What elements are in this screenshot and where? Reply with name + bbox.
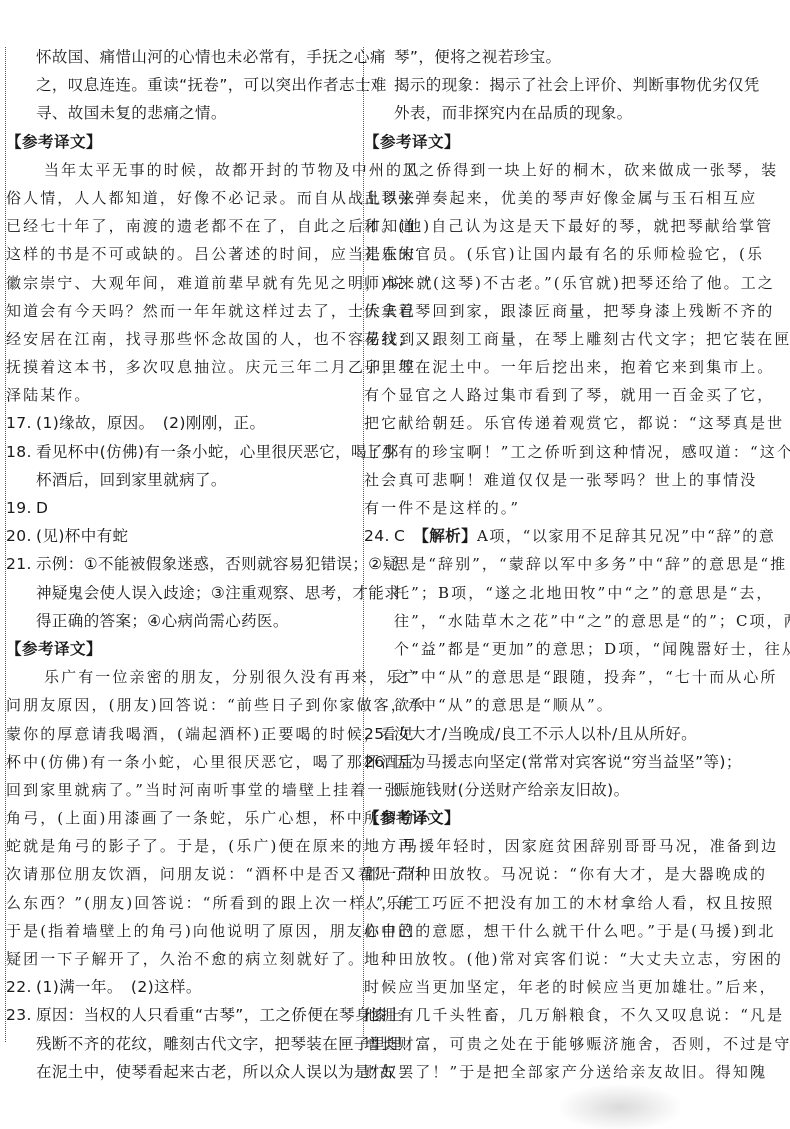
answer-continuation-line: 怀故国、痛惜山河的心情也未必常有，手抚之心痛 xyxy=(14,43,362,71)
translation-line: 地种田放牧。(他)常对宾客们说：“大丈夫立志，穷困的 xyxy=(364,945,722,973)
translation-line: 疑团一下子解开了，久治不愈的病立刻就好了。 xyxy=(6,945,362,973)
answer-explanation-line: 往”，“水陆草木之花”中“之”的意思是“的”；C项，两 xyxy=(372,607,722,635)
answer-item: 26.因为马援志向坚定(常常对宾客说“穷当益坚”等)； xyxy=(364,748,722,776)
translation-line: 知道会有今天吗？然而一年年就这样过去了，士大夫已 xyxy=(6,297,362,325)
translation-line: 有一件不是这样的。” xyxy=(364,494,722,522)
right-column: 琴”，便将之视若珍宝。揭示的现象：揭示了社会上评价、判断事物优劣仅凭外表，而非探… xyxy=(372,43,722,1086)
translation-line: 泽陆某作。 xyxy=(6,381,362,409)
answer-continuation-line: 寻、故国未复的悲痛之情。 xyxy=(14,99,362,127)
question-number: 21. xyxy=(6,550,36,578)
translation-line: 角弓，(上面)用漆画了一条蛇，乐广心想，杯中所谓的小 xyxy=(6,804,362,832)
section-header-reference-translation: 【参考译文】 xyxy=(364,804,722,832)
answer-continuation-line: 神疑鬼会使人误入歧途；③注重观察、思考，才能求 xyxy=(14,579,362,607)
answer-item: 18.看见杯中(仿佛)有一条小蛇，心里很厌恶它，喝了那 xyxy=(6,438,362,466)
translation-line: 问朋友原因，(朋友)回答说：“前些日子到你家做客，承 xyxy=(6,691,362,719)
translation-line: 杯中(仿佛)有一条小蛇，心里很厌恶它，喝了那杯酒后， xyxy=(6,748,362,776)
answer-explanation-line: 欲”中“从”的意思是“顺从”。 xyxy=(372,691,722,719)
translation-line: 次请那位朋友饮酒，问朋友说：“酒杯中是否又看见了什 xyxy=(6,860,362,888)
answer-key-page: 怀故国、痛惜山河的心情也未必常有，手抚之心痛之，叹息连连。重读“抚卷”，可以突出… xyxy=(0,0,790,1129)
answer-item: 19.D xyxy=(6,494,362,522)
answer-item: 21.示例：①不能被假象迷惑，否则就容易犯错误；②疑 xyxy=(6,550,362,578)
answer-text: 汝大才/当晚成/良工不示人以朴/且从所好。 xyxy=(394,725,697,743)
question-number: 17. xyxy=(6,409,36,437)
question-number: 24. xyxy=(364,522,394,550)
translation-line: 俗人情，人人都知道，好像不必记录。而自从战乱以来 xyxy=(6,184,362,212)
answer-continuation-line: 外表，而非探究内在品质的现象。 xyxy=(372,99,722,127)
left-column: 怀故国、痛惜山河的心情也未必常有，手抚之心痛之，叹息连连。重读“抚卷”，可以突出… xyxy=(14,43,362,1086)
answer-item: 25.汝大才/当晚成/良工不示人以朴/且从所好。 xyxy=(364,720,722,748)
translation-paragraph-line: 马援年轻时，因家庭贫困辞别哥哥马况，准备到边 xyxy=(372,832,722,860)
answer-choice: C xyxy=(394,527,421,545)
answer-item: 17.(1)缘故，原因。 (2)刚刚，正。 xyxy=(6,409,362,437)
translation-line: 子里埋在泥土中。一年后挖出来，抱着它来到集市上。 xyxy=(364,353,722,381)
answer-continuation-line: 之，叹息连连。重读“抚卷”，可以突出作者志士难 xyxy=(14,71,362,99)
section-header-reference-translation: 【参考译文】 xyxy=(364,128,722,156)
answer-continuation-line: 赈施钱财(分送财产给亲友旧故)。 xyxy=(372,776,722,804)
translation-paragraph-line: 工之侨得到一块上好的桐木，砍来做成一张琴，装 xyxy=(372,156,722,184)
translation-line: 增长财富，可贵之处在于能够赈济施舍，否则，不过是守 xyxy=(364,1030,722,1058)
question-number: 22. xyxy=(6,973,36,1001)
translation-line: 社会真可悲啊！难道仅仅是一张琴吗？世上的事情没 xyxy=(364,466,722,494)
answer-continuation-line: 在泥土中，使琴看起来古老，所以众人误以为是“古 xyxy=(14,1058,362,1086)
answer-text: 原因：当权的人只看重“古琴”，工之侨便在琴身漆上 xyxy=(36,1006,403,1024)
answer-explanation-line: 之”中“从”的意思是“跟随，投奔”，“七十而从心所 xyxy=(372,663,722,691)
question-number: 25. xyxy=(364,720,394,748)
translation-line: 侨拿着琴回到家，跟漆匠商量，把琴身漆上残断不齐的 xyxy=(364,297,722,325)
answer-explanation-line: 思是“辞别”，“蒙辞以军中多务”中“辞”的意思是“推 xyxy=(372,550,722,578)
answer-continuation-line: 琴”，便将之视若珍宝。 xyxy=(372,43,722,71)
answer-item: 22.(1)满一年。 (2)这样。 xyxy=(6,973,362,1001)
answer-continuation-line: 杯酒后，回到家里就病了。 xyxy=(14,466,362,494)
translation-line: 蒙你的厚意请我喝酒，(端起酒杯)正要喝的时候，看见 xyxy=(6,720,362,748)
section-header-reference-translation: 【参考译文】 xyxy=(6,128,362,156)
question-number: 19. xyxy=(6,494,36,522)
question-number: 20. xyxy=(6,522,36,550)
answer-explanation-line: 个“益”都是“更加”的意思；D项，“闻隗嚣好士，往从 xyxy=(372,635,722,663)
answer-continuation-line: 得正确的答案；④心病尚需心药医。 xyxy=(14,607,362,635)
answer-text: (1)缘故，原因。 (2)刚刚，正。 xyxy=(36,414,265,432)
translation-line: 抚摸着这本书，多次叹息抽泣。庆元三年二月乙卯，笠 xyxy=(6,353,362,381)
translation-line: 师)说：“(这琴)不古老。”(乐官就)把琴还给了他。工之 xyxy=(364,269,722,297)
answer-text: D xyxy=(36,499,48,517)
answer-item: 20.(见)杯中有蛇 xyxy=(6,522,362,550)
answer-text: (1)满一年。 (2)这样。 xyxy=(36,978,202,996)
answer-text: (见)杯中有蛇 xyxy=(36,527,128,545)
translation-line: 经安居在江南，找寻那些怀念故国的人，也不容易找到。 xyxy=(6,325,362,353)
translation-line: 和。(他)自己认为这是天下最好的琴，就把琴献给掌管 xyxy=(364,212,722,240)
answer-continuation-line: 残断不齐的花纹，雕刻古代文字，把琴装在匣子里埋 xyxy=(14,1030,362,1058)
question-number: 26. xyxy=(364,748,394,776)
translation-line: 上少有的珍宝啊！”工之侨听到这种情况，感叹道：“这个 xyxy=(364,438,722,466)
translation-line: 把它献给朝廷。乐官传递着观赏它，都说：“这琴真是世 xyxy=(364,409,722,437)
translation-line: 他拥有几千头牲畜，几万斛粮食，不久又叹息说：“凡是 xyxy=(364,1001,722,1029)
analysis-text: A项，“以家用不足辞其兄况”中“辞”的意 xyxy=(477,527,776,545)
translation-line: 财奴罢了！”于是把全部家产分送给亲友故旧。得知隗 xyxy=(364,1058,722,1086)
translation-line: 礼乐的官员。(乐官)让国内最有名的乐师检验它，(乐 xyxy=(364,240,722,268)
answer-explanation-line: 托”；B项，“遂之北地田牧”中“之”的意思是“去， xyxy=(372,579,722,607)
translation-line: 于是(指着墙壁上的角弓)向他说明了原因，朋友心中的 xyxy=(6,917,362,945)
translation-line: 有个显官之人路过集市看到了琴，就用一百金买了它， xyxy=(364,381,722,409)
translation-line: 花纹；又跟刻工商量，在琴上雕刻古代文字；把它装在匣 xyxy=(364,325,722,353)
question-number: 23. xyxy=(6,1001,36,1029)
translation-paragraph-line: 乐广有一位亲密的朋友，分别很久没有再来，乐广 xyxy=(14,663,362,691)
translation-line: 这样的书是不可或缺的。吕公著述的时间，应当是在宋 xyxy=(6,240,362,268)
translation-line: 已经七十年了，南渡的遗老都不在了，自此之后才知道 xyxy=(6,212,362,240)
translation-line: 人，能工巧匠不把没有加工的木材拿给人看，权且按照 xyxy=(364,889,722,917)
answer-text: 示例：①不能被假象迷惑，否则就容易犯错误；②疑 xyxy=(36,555,399,573)
question-number: 18. xyxy=(6,438,36,466)
translation-line: 么东西？”(朋友)回答说：“所看到的跟上次一样。”乐广 xyxy=(6,889,362,917)
translation-line: 时候应当更加坚定，年老的时候应当更加雄壮。”后来， xyxy=(364,973,722,1001)
translation-line: 上琴弦弹奏起来，优美的琴声好像金属与玉石相互应 xyxy=(364,184,722,212)
answer-item: 23.原因：当权的人只看重“古琴”，工之侨便在琴身漆上 xyxy=(6,1001,362,1029)
analysis-tag: 【解析】 xyxy=(421,527,477,545)
scan-watermark-smudge xyxy=(560,1085,680,1129)
translation-line: 回到家里就病了。”当时河南听事堂的墙壁上挂着一张 xyxy=(6,776,362,804)
translation-line: 蛇就是角弓的影子了。于是，(乐广)便在原来的地方再 xyxy=(6,832,362,860)
translation-line: 你自己的意愿，想干什么就干什么吧。”于是(马援)到北 xyxy=(364,917,722,945)
translation-paragraph-line: 当年太平无事的时候，故都开封的节物及中州的风 xyxy=(14,156,362,184)
answer-text: 看见杯中(仿佛)有一条小蛇，心里很厌恶它，喝了那 xyxy=(36,443,399,461)
answer-continuation-line: 揭示的现象：揭示了社会上评价、判断事物优劣仅凭 xyxy=(372,71,722,99)
answer-item-with-analysis: 24.C 【解析】A项，“以家用不足辞其兄况”中“辞”的意 xyxy=(364,522,722,550)
answer-text: 因为马援志向坚定(常常对宾客说“穷当益坚”等)； xyxy=(394,753,742,771)
translation-line: 徽宗崇宁、大观年间，难道前辈早就有先见之明，本来就 xyxy=(6,269,362,297)
section-header-reference-translation: 【参考译文】 xyxy=(6,635,362,663)
translation-line: 郡一带种田放牧。马况说：“你有大才，是大器晚成的 xyxy=(364,860,722,888)
